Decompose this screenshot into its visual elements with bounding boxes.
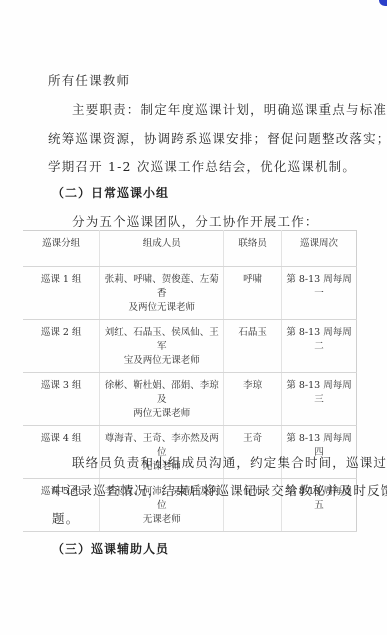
cell-group: 巡课 3 组	[23, 373, 100, 426]
table-row: 巡课 3 组 徐彬、靳杜娟、邵娟、李琼及两位无课老师 李琼 第 8-13 周每周…	[23, 373, 357, 426]
duties-line-2: 统筹巡课资源，协调跨系巡课安排；督促问题整改落实；每	[48, 129, 387, 147]
section3-heading: （三）巡课辅助人员	[52, 540, 169, 557]
cell-group: 巡课 2 组	[23, 320, 100, 373]
header-schedule: 巡课周次	[282, 231, 357, 267]
duties-line-3: 学期召开 1-2 次巡课工作总结会，优化巡课机制。	[48, 157, 356, 175]
members-line: 及两位无课老师	[103, 301, 220, 315]
cell-liaison: 呼啸	[224, 267, 282, 320]
members-line: 无课老师	[103, 513, 220, 527]
table-header-row: 巡课分组 组成人员 联络员 巡课周次	[23, 231, 357, 267]
members-line: 两位无课老师	[103, 407, 220, 421]
intro-line: 所有任课教师	[48, 71, 130, 89]
cell-group: 巡课 1 组	[23, 267, 100, 320]
cell-schedule: 第 8-13 周每周二	[282, 320, 357, 373]
section2-heading: （二）日常巡课小组	[52, 184, 169, 201]
cell-schedule: 第 8-13 周每周三	[282, 373, 357, 426]
cell-members: 张莉、呼啸、贺俊莲、左菊香及两位无课老师	[100, 267, 224, 320]
table-row: 巡课 2 组 刘红、石晶玉、侯凤仙、王军宝及两位无课老师 石晶玉 第 8-13 …	[23, 320, 357, 373]
members-line: 宝及两位无课老师	[103, 354, 220, 368]
cell-liaison: 石晶玉	[224, 320, 282, 373]
liaison-line-1: 联络员负责和小组成员沟通，约定集合时间，巡课过程	[72, 453, 387, 471]
liaison-line-2: 中记录巡查情况，结束后将巡课记录交给教秘并及时反馈问	[52, 481, 387, 499]
section2-intro: 分为五个巡课团队，分工协作开展工作：	[72, 212, 319, 230]
members-line: 徐彬、靳杜娟、邵娟、李琼及	[103, 379, 220, 407]
members-line: 张莉、呼啸、贺俊莲、左菊香	[103, 273, 220, 301]
duties-line-1: 主要职责：制定年度巡课计划，明确巡课重点与标准；	[72, 100, 387, 118]
header-liaison: 联络员	[224, 231, 282, 267]
table-row: 巡课 1 组 张莉、呼啸、贺俊莲、左菊香及两位无课老师 呼啸 第 8-13 周每…	[23, 267, 357, 320]
scanned-document-page: 所有任课教师 主要职责：制定年度巡课计划，明确巡课重点与标准； 统筹巡课资源，协…	[0, 0, 387, 635]
cell-members: 徐彬、靳杜娟、邵娟、李琼及两位无课老师	[100, 373, 224, 426]
cell-liaison: 李琼	[224, 373, 282, 426]
cell-members: 刘红、石晶玉、侯凤仙、王军宝及两位无课老师	[100, 320, 224, 373]
members-line: 刘红、石晶玉、侯凤仙、王军	[103, 326, 220, 354]
cell-schedule: 第 8-13 周每周一	[282, 267, 357, 320]
header-members: 组成人员	[100, 231, 224, 267]
header-group: 巡课分组	[23, 231, 100, 267]
corner-mark	[379, 0, 387, 6]
liaison-line-3: 题。	[52, 509, 79, 527]
